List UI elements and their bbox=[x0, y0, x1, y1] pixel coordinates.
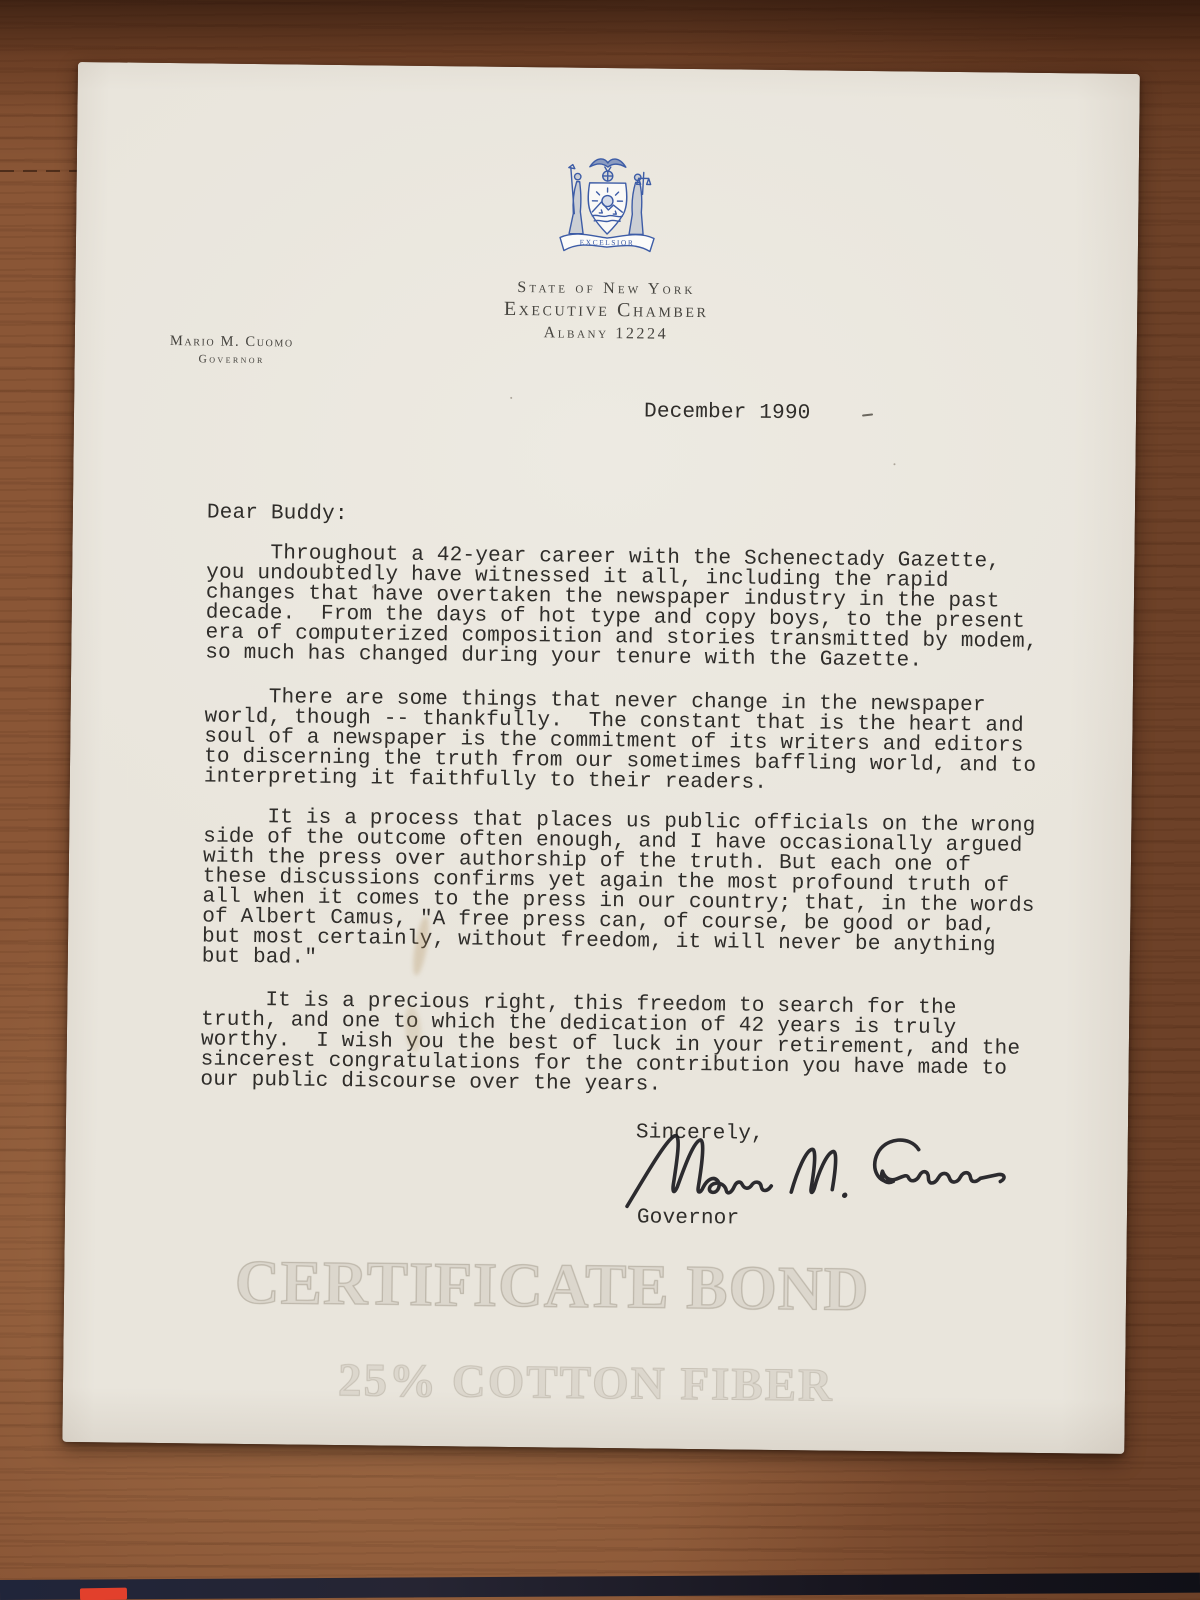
watermark-certificate-bond: CERTIFICATE BOND bbox=[200, 1247, 905, 1326]
red-object-under-table bbox=[80, 1588, 127, 1600]
sender-name: Mario M. Cuomo bbox=[159, 333, 305, 352]
paper-speck bbox=[510, 397, 512, 399]
sender-title: Governor bbox=[159, 353, 305, 367]
paper-speck bbox=[893, 463, 895, 465]
sender-block: Mario M. Cuomo Governor bbox=[159, 333, 305, 367]
letter-date: December 1990 bbox=[644, 402, 811, 424]
signer-title: Governor bbox=[637, 1208, 740, 1229]
photo-of-letter: EXCELSIOR State of New York Executive Ch… bbox=[0, 0, 1200, 1600]
body-paragraph-1: Throughout a 42-year career with the Sch… bbox=[205, 543, 1038, 672]
seal-motto: EXCELSIOR bbox=[580, 238, 635, 248]
eagle-icon bbox=[590, 159, 626, 167]
body-paragraph-2: There are some things that never change … bbox=[204, 687, 1037, 796]
liberty-figure-icon bbox=[569, 182, 584, 234]
state-seal: EXCELSIOR bbox=[76, 146, 1139, 273]
salutation: Dear Buddy: bbox=[207, 503, 348, 525]
watermark-cotton-fiber: 25% COTTON FIBER bbox=[303, 1353, 870, 1413]
body-paragraph-4: It is a precious right, this freedom to … bbox=[200, 990, 1020, 1099]
body-paragraph-3: It is a process that places us public of… bbox=[202, 807, 1036, 976]
new-york-coat-of-arms-icon: EXCELSIOR bbox=[546, 151, 669, 262]
justice-figure-icon bbox=[629, 182, 644, 234]
letter-paper: EXCELSIOR State of New York Executive Ch… bbox=[62, 62, 1140, 1454]
paper-speck bbox=[670, 1131, 673, 1134]
paper-speck bbox=[372, 585, 375, 588]
stray-pen-mark bbox=[862, 413, 873, 416]
